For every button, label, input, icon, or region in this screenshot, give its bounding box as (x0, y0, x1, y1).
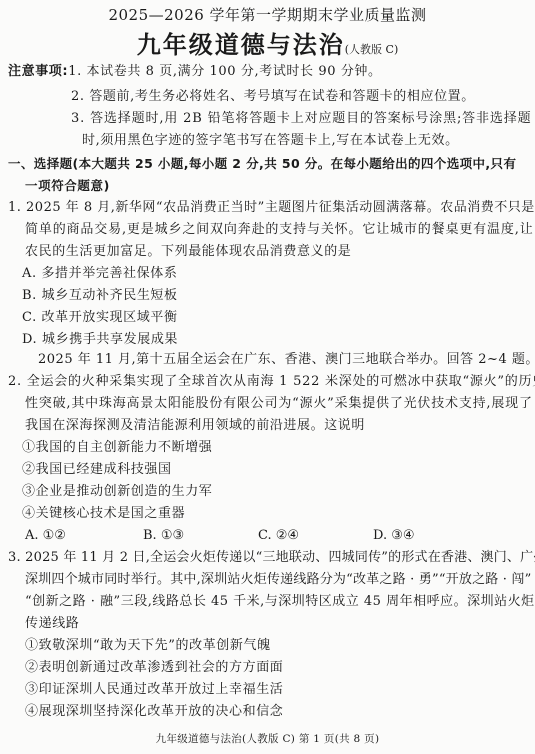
notes-line-2: 2. 答题前,考生务必将姓名、考号填写在试卷和答题卡的相应位置。 (71, 89, 475, 105)
q2-stem-3: 我国在深海探测及清洁能源利用领域的前沿进展。这说明 (25, 418, 365, 434)
q1-stem-3: 农民的生活更加富足。下列最能体现农品消费意义的是 (25, 244, 351, 260)
q3-stem-1: 3. 2025 年 11 月 2 日,全运会火炬传递以“三地联动、四城同传”的形… (8, 550, 535, 566)
exam-title: 2025—2026 学年第一学期期末学业质量监测 (0, 7, 535, 23)
q2-statement-2: ②我国已经建成科技强国 (22, 462, 172, 478)
notes-line-3: 3. 答选择题时,用 2B 铅笔将答题卡上对应题目的答案标号涂黑;答非选择题 (71, 111, 531, 127)
q2-choices: A. ①② B. ①③ C. ②④ D. ③④ (0, 528, 535, 544)
page-footer: 九年级道德与法治(人教版 C) 第 1 页(共 8 页) (0, 731, 535, 747)
q3-statement-3: ③印证深圳人民通过改革开放过上幸福生活 (25, 682, 283, 698)
q2-choice-b: B. ①③ (143, 528, 184, 544)
notes-line-4: 时,须用黑色字迹的签字笔书写在答题卡上,写在本试卷上无效。 (82, 133, 459, 149)
q3-stem-4: 传递线路 (25, 616, 79, 632)
notes-line-1: 注意事项:1. 本试卷共 8 页,满分 100 分,考试时长 90 分钟。 (8, 64, 382, 80)
q2-choice-d: D. ③④ (373, 528, 415, 544)
q3-stem-2: 深圳四个城市同时举行。其中,深圳站火炬传递线路分为“改革之路 · 勇”“开放之路… (25, 572, 532, 588)
section-heading: 一、选择题(本大题共 25 小题,每小题 2 分,共 50 分。在每小题给出的四… (8, 156, 516, 172)
subject-title: 九年级道德与法治(人教版 C) (0, 30, 535, 65)
q2-statement-4: ④关键核心技术是国之重器 (22, 506, 185, 522)
q3-statement-2: ②表明创新通过改革渗透到社会的方方面面 (25, 660, 283, 676)
q2-choice-a: A. ①② (25, 528, 66, 544)
q2-choice-c: C. ②④ (258, 528, 299, 544)
q2-statement-1: ①我国的自主创新能力不断增强 (22, 440, 212, 456)
q3-stem-3: “创新之路 · 融”三段,线路总长 45 千米,与深圳特区成立 45 周年相呼应… (25, 594, 535, 610)
q2-statement-3: ③企业是推动创新创造的生力军 (22, 484, 212, 500)
q1-stem-2: 简单的商品交易,更是城乡之间双向奔赴的支持与关怀。它让城市的餐桌更有温度,让 (25, 222, 534, 238)
q2-stem-2: 性突破,其中珠海高景太阳能股份有限公司为“源火”采集提供了光伏技术支持,展现了 (25, 396, 533, 412)
section-heading-cont: 一项符合题意) (25, 178, 110, 194)
shared-lead: 2025 年 11 月,第十五届全运会在广东、香港、澳门三地联合举办。回答 2~… (38, 352, 535, 368)
q1-stem-1: 1. 2025 年 8 月,新华网“农品消费正当时”主题图片征集活动圆满落幕。农… (8, 200, 535, 216)
q2-stem-1: 2. 全运会的火种采集实现了全球首次从南海 1 522 米深处的可燃冰中获取“源… (8, 374, 535, 390)
q3-statement-1: ①致敬深圳“敢为天下先”的改革创新气魄 (25, 638, 271, 654)
notes-label: 注意事项: (8, 64, 68, 79)
subject-name: 九年级道德与法治 (137, 31, 345, 59)
q1-option-c: C. 改革开放实现区域平衡 (22, 310, 178, 326)
exam-page: 2025—2026 学年第一学期期末学业质量监测 九年级道德与法治(人教版 C)… (0, 0, 535, 754)
q1-option-b: B. 城乡互动补齐民生短板 (22, 288, 178, 304)
q1-option-d: D. 城乡携手共享发展成果 (22, 332, 178, 348)
edition-label: (人教版 C) (345, 43, 399, 56)
q3-statement-4: ④展现深圳坚持深化改革开放的决心和信念 (25, 704, 283, 720)
q1-option-a: A. 多措并举完善社保体系 (22, 266, 177, 282)
